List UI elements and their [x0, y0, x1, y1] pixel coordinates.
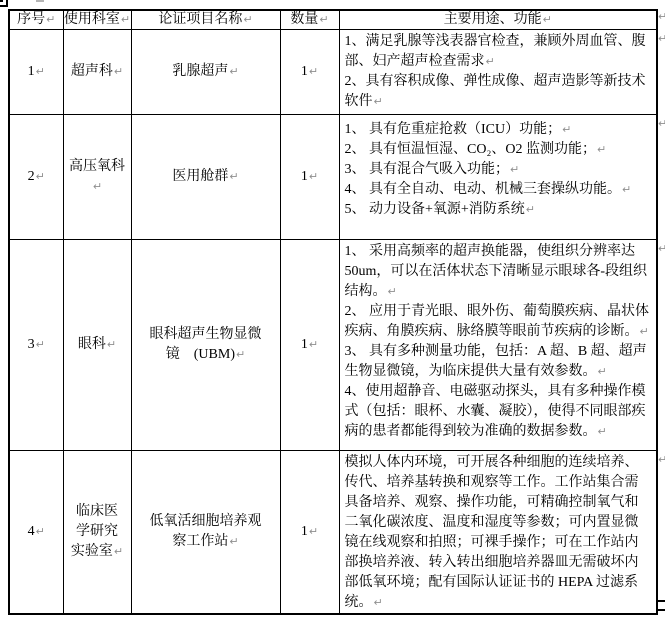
pilcrow-icon: ↵ — [114, 545, 123, 558]
cell-number[interactable]: 1↵ — [9, 29, 63, 114]
function-paragraph: 2、 具有恒温恒湿、CO₂、O2 监测功能；↵ — [345, 140, 651, 160]
function-paragraph: 3、 具有多种测量功能，包括：A 超、B 超、超声生物显微镜，为临床提供大量有效… — [345, 342, 651, 382]
pilcrow-icon: ↵ — [36, 525, 45, 538]
cell-number[interactable]: 3↵ — [9, 239, 63, 450]
pilcrow-icon: ↵ — [309, 65, 318, 78]
pilcrow-icon: ↵ — [114, 65, 123, 78]
cell-quantity[interactable]: 1↵ — [280, 29, 339, 114]
cell-project[interactable]: 医用舱群↵ — [131, 114, 280, 239]
pilcrow-icon: ↵ — [319, 13, 328, 26]
end-of-row-mark-icon: ↵ — [658, 33, 665, 44]
pilcrow-icon: ↵ — [46, 13, 55, 26]
col-header-functions[interactable]: 主要用途、功能↵ — [339, 10, 657, 29]
function-paragraph: 5、 动力设备+氧源+消防系统↵ — [345, 200, 651, 220]
function-paragraph: 1、 采用高频率的超声换能器，使组织分辨率达50um，可以在活体状态下清晰显示眼… — [345, 242, 651, 302]
pilcrow-icon: ↵ — [36, 65, 45, 78]
pilcrow-icon: ↵ — [309, 525, 318, 538]
cell-project[interactable]: 低氧活细胞培养观察工作站↵ — [131, 450, 280, 614]
pilcrow-icon: ↵ — [309, 170, 318, 183]
col-header-functions-label: 主要用途、功能 — [444, 12, 542, 27]
col-header-department-label: 使用科室 — [64, 12, 120, 27]
col-header-quantity-label: 数量 — [290, 12, 318, 27]
pilcrow-icon: ↵ — [598, 365, 607, 378]
end-of-row-mark-icon: ↵ — [658, 454, 665, 465]
col-header-project-label: 论证项目名称 — [158, 12, 242, 27]
pilcrow-icon: ↵ — [526, 203, 535, 216]
function-paragraph: 模拟人体内环境，可开展各种细胞的连续培养、传代、培养基转换和观察等工作。工作站集… — [345, 453, 651, 613]
pilcrow-icon: ↵ — [36, 170, 45, 183]
cell-department[interactable]: 超声科↵ — [63, 29, 131, 114]
pilcrow-icon: ↵ — [93, 180, 102, 193]
equipment-justification-table: 序号↵ 使用科室↵ 论证项目名称↵ 数量↵ 主要用途、功能↵ 1↵ 超声科↵ 乳… — [8, 9, 658, 615]
cell-number[interactable]: 2↵ — [9, 114, 63, 239]
pilcrow-icon: ↵ — [374, 596, 383, 609]
cell-functions[interactable]: 1、 具有危重症抢救（ICU）功能；↵ 2、 具有恒温恒湿、CO₂、O2 监测功… — [339, 114, 657, 239]
function-paragraph: 1、 具有危重症抢救（ICU）功能；↵ — [345, 120, 651, 140]
pilcrow-icon: ↵ — [36, 338, 45, 351]
cell-quantity[interactable]: 1↵ — [280, 450, 339, 614]
cell-quantity[interactable]: 1↵ — [280, 114, 339, 239]
cell-department[interactable]: 高压氧科↵ — [63, 114, 131, 239]
col-header-number-label: 序号 — [17, 12, 45, 27]
function-paragraph: 2、 应用于青光眼、眼外伤、葡萄膜疾病、晶状体疾病、角膜疾病、脉络膜等眼前节疾病… — [345, 302, 651, 342]
table-resize-handle-icon[interactable] — [656, 600, 665, 611]
col-header-quantity[interactable]: 数量↵ — [280, 10, 339, 29]
pilcrow-icon: ↵ — [640, 325, 649, 338]
function-paragraph: 4、使用超静音、电磁驱动探头，具有多种操作模式（包括：眼杯、水囊、凝胶），使得不… — [345, 382, 651, 442]
table-row: 4↵ 临床医学研究实验室↵ 低氧活细胞培养观察工作站↵ 1↵ 模拟人体内环境，可… — [9, 450, 657, 614]
pilcrow-icon: ↵ — [121, 13, 130, 26]
pilcrow-icon: ↵ — [374, 95, 383, 108]
function-paragraph: 2、具有容积成像、弹性成像、超声造影等新技术软件↵ — [345, 72, 651, 112]
table-row: 1↵ 超声科↵ 乳腺超声↵ 1↵ 1、满足乳腺等浅表器官检查，兼顾外周血管、腹部… — [9, 29, 657, 114]
pilcrow-icon: ↵ — [597, 143, 606, 156]
pilcrow-icon: ↵ — [543, 13, 552, 26]
pilcrow-icon: ↵ — [510, 163, 519, 176]
end-of-row-mark-icon: ↵ — [658, 118, 665, 129]
cell-department[interactable]: 眼科↵ — [63, 239, 131, 450]
pilcrow-icon: ↵ — [486, 55, 495, 68]
col-header-department[interactable]: 使用科室↵ — [63, 10, 131, 29]
pilcrow-icon: ↵ — [309, 338, 318, 351]
pilcrow-icon: ↵ — [622, 183, 631, 196]
table-row: 3↵ 眼科↵ 眼科超声生物显微镜 (UBM)↵ 1↵ 1、 采用高频率的超声换能… — [9, 239, 657, 450]
table-move-handle-icon[interactable] — [0, 0, 8, 7]
pilcrow-icon: ↵ — [229, 65, 238, 78]
function-paragraph: 3、 具有混合气吸入功能；↵ — [345, 160, 651, 180]
cell-project[interactable]: 乳腺超声↵ — [131, 29, 280, 114]
cell-functions[interactable]: 模拟人体内环境，可开展各种细胞的连续培养、传代、培养基转换和观察等工作。工作站集… — [339, 450, 657, 614]
cell-functions[interactable]: 1、满足乳腺等浅表器官检查，兼顾外周血管、腹部、妇产超声检查需求↵ 2、具有容积… — [339, 29, 657, 114]
pilcrow-icon: ↵ — [107, 338, 116, 351]
cell-quantity[interactable]: 1↵ — [280, 239, 339, 450]
end-of-row-mark-icon: ↵ — [658, 11, 665, 22]
pilcrow-icon: ↵ — [229, 170, 238, 183]
pilcrow-icon: ↵ — [562, 123, 571, 136]
cropped-paragraph-mark — [36, 0, 44, 2]
table-row: 2↵ 高压氧科↵ 医用舱群↵ 1↵ 1、 具有危重症抢救（ICU）功能；↵ 2、… — [9, 114, 657, 239]
table-header-row: 序号↵ 使用科室↵ 论证项目名称↵ 数量↵ 主要用途、功能↵ — [9, 10, 657, 29]
cell-project[interactable]: 眼科超声生物显微镜 (UBM)↵ — [131, 239, 280, 450]
cell-functions[interactable]: 1、 采用高频率的超声换能器，使组织分辨率达50um，可以在活体状态下清晰显示眼… — [339, 239, 657, 450]
end-of-row-mark-icon: ↵ — [658, 243, 665, 254]
word-document-page: 序号↵ 使用科室↵ 论证项目名称↵ 数量↵ 主要用途、功能↵ 1↵ 超声科↵ 乳… — [0, 0, 665, 618]
pilcrow-icon: ↵ — [243, 13, 252, 26]
col-header-project[interactable]: 论证项目名称↵ — [131, 10, 280, 29]
function-paragraph: 4、 具有全自动、电动、机械三套操纵功能。↵ — [345, 180, 651, 200]
pilcrow-icon: ↵ — [236, 348, 245, 361]
function-paragraph: 1、满足乳腺等浅表器官检查，兼顾外周血管、腹部、妇产超声检查需求↵ — [345, 32, 651, 72]
cell-number[interactable]: 4↵ — [9, 450, 63, 614]
pilcrow-icon: ↵ — [598, 425, 607, 438]
pilcrow-icon: ↵ — [229, 535, 238, 548]
cell-department[interactable]: 临床医学研究实验室↵ — [63, 450, 131, 614]
pilcrow-icon: ↵ — [388, 285, 397, 298]
col-header-number[interactable]: 序号↵ — [9, 10, 63, 29]
